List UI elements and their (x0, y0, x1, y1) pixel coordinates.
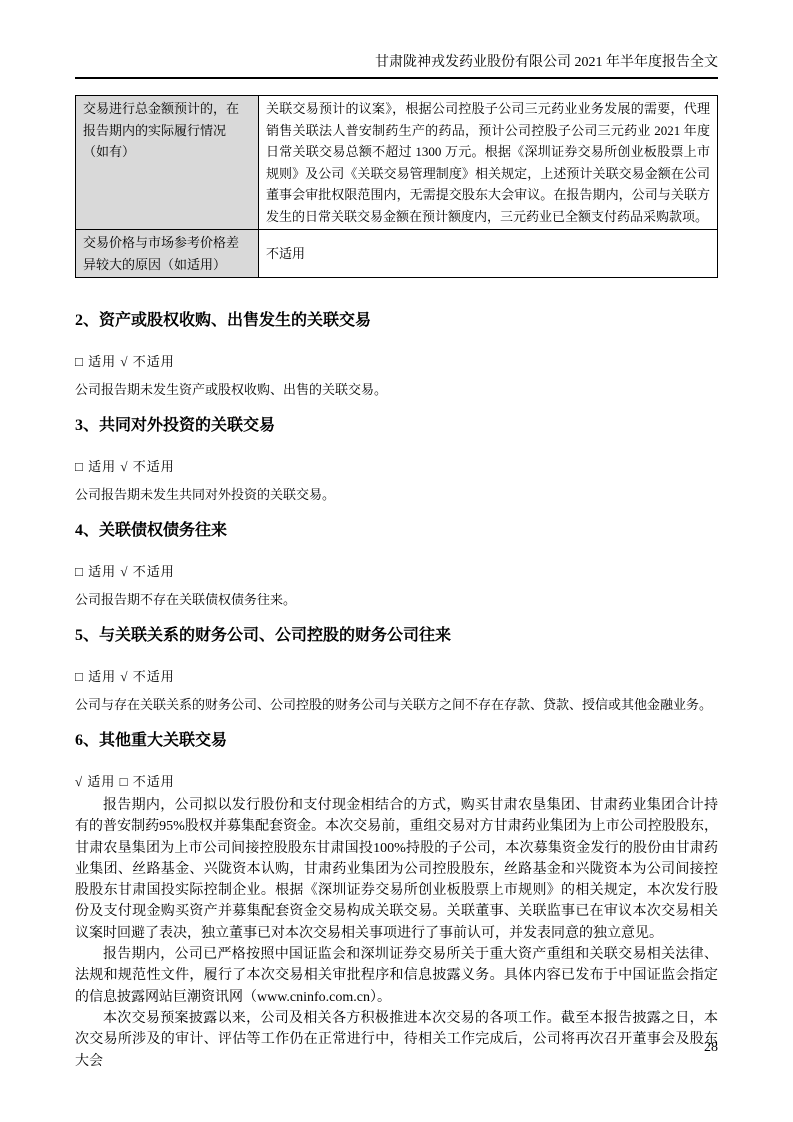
applicability-line: □ 适用 √ 不适用 (75, 353, 718, 371)
section-body-text: 公司与存在关联关系的财务公司、公司控股的财务公司与关联方之间不存在存款、贷款、授… (75, 694, 718, 716)
section-body-text: 公司报告期未发生资产或股权收购、出售的关联交易。 (75, 379, 718, 401)
section-body-text: 公司报告期未发生共同对外投资的关联交易。 (75, 484, 718, 506)
body-paragraph: 报告期内，公司拟以发行股份和支付现金相结合的方式，购买甘肃农垦集团、甘肃药业集团… (75, 795, 718, 944)
section-body-text: 公司报告期不存在关联债权债务往来。 (75, 589, 718, 611)
applicability-line: √ 适用 □ 不适用 (75, 773, 718, 791)
page-number: 28 (704, 1040, 718, 1056)
section-finance-company-dealings: 5、与关联关系的财务公司、公司控股的财务公司往来 □ 适用 √ 不适用 公司与存… (75, 626, 718, 716)
section-heading: 3、共同对外投资的关联交易 (75, 416, 718, 436)
section-joint-investment: 3、共同对外投资的关联交易 □ 适用 √ 不适用 公司报告期未发生共同对外投资的… (75, 416, 718, 506)
header-divider (75, 77, 718, 79)
related-transaction-table: 交易进行总金额预计的，在报告期内的实际履行情况（如有） 关联交易预计的议案》，根… (75, 95, 718, 278)
section-heading: 4、关联债权债务往来 (75, 521, 718, 541)
section-heading: 6、其他重大关联交易 (75, 731, 718, 751)
table-row-label: 交易进行总金额预计的，在报告期内的实际履行情况（如有） (76, 96, 259, 230)
table-row: 交易进行总金额预计的，在报告期内的实际履行情况（如有） 关联交易预计的议案》，根… (76, 96, 718, 230)
report-title: 甘肃陇神戎发药业股份有限公司 2021 年半年度报告全文 (375, 55, 718, 70)
running-header: 甘肃陇神戎发药业股份有限公司 2021 年半年度报告全文 (75, 0, 718, 71)
table-row-value: 关联交易预计的议案》，根据公司控股子公司三元药业业务发展的需要，代理销售关联法人… (259, 96, 718, 230)
section-other-major-transactions: 6、其他重大关联交易 √ 适用 □ 不适用 报告期内，公司拟以发行股份和支付现金… (75, 731, 718, 1072)
table-row-value: 不适用 (259, 230, 718, 278)
applicability-line: □ 适用 √ 不适用 (75, 458, 718, 476)
body-paragraph: 报告期内，公司已严格按照中国证监会和深圳证券交易所关于重大资产重组和关联交易相关… (75, 944, 718, 1008)
applicability-line: □ 适用 √ 不适用 (75, 563, 718, 581)
report-page: 甘肃陇神戎发药业股份有限公司 2021 年半年度报告全文 交易进行总金额预计的，… (75, 0, 718, 1072)
table-row-label: 交易价格与市场参考价格差异较大的原因（如适用） (76, 230, 259, 278)
section-asset-equity-transactions: 2、资产或股权收购、出售发生的关联交易 □ 适用 √ 不适用 公司报告期未发生资… (75, 311, 718, 401)
body-paragraph: 本次交易预案披露以来，公司及相关各方积极推进本次交易的各项工作。截至本报告披露之… (75, 1008, 718, 1072)
section-heading: 2、资产或股权收购、出售发生的关联交易 (75, 311, 718, 331)
table-row: 交易价格与市场参考价格差异较大的原因（如适用） 不适用 (76, 230, 718, 278)
section-heading: 5、与关联关系的财务公司、公司控股的财务公司往来 (75, 626, 718, 646)
section-related-credit-debt: 4、关联债权债务往来 □ 适用 √ 不适用 公司报告期不存在关联债权债务往来。 (75, 521, 718, 611)
applicability-line: □ 适用 √ 不适用 (75, 668, 718, 686)
